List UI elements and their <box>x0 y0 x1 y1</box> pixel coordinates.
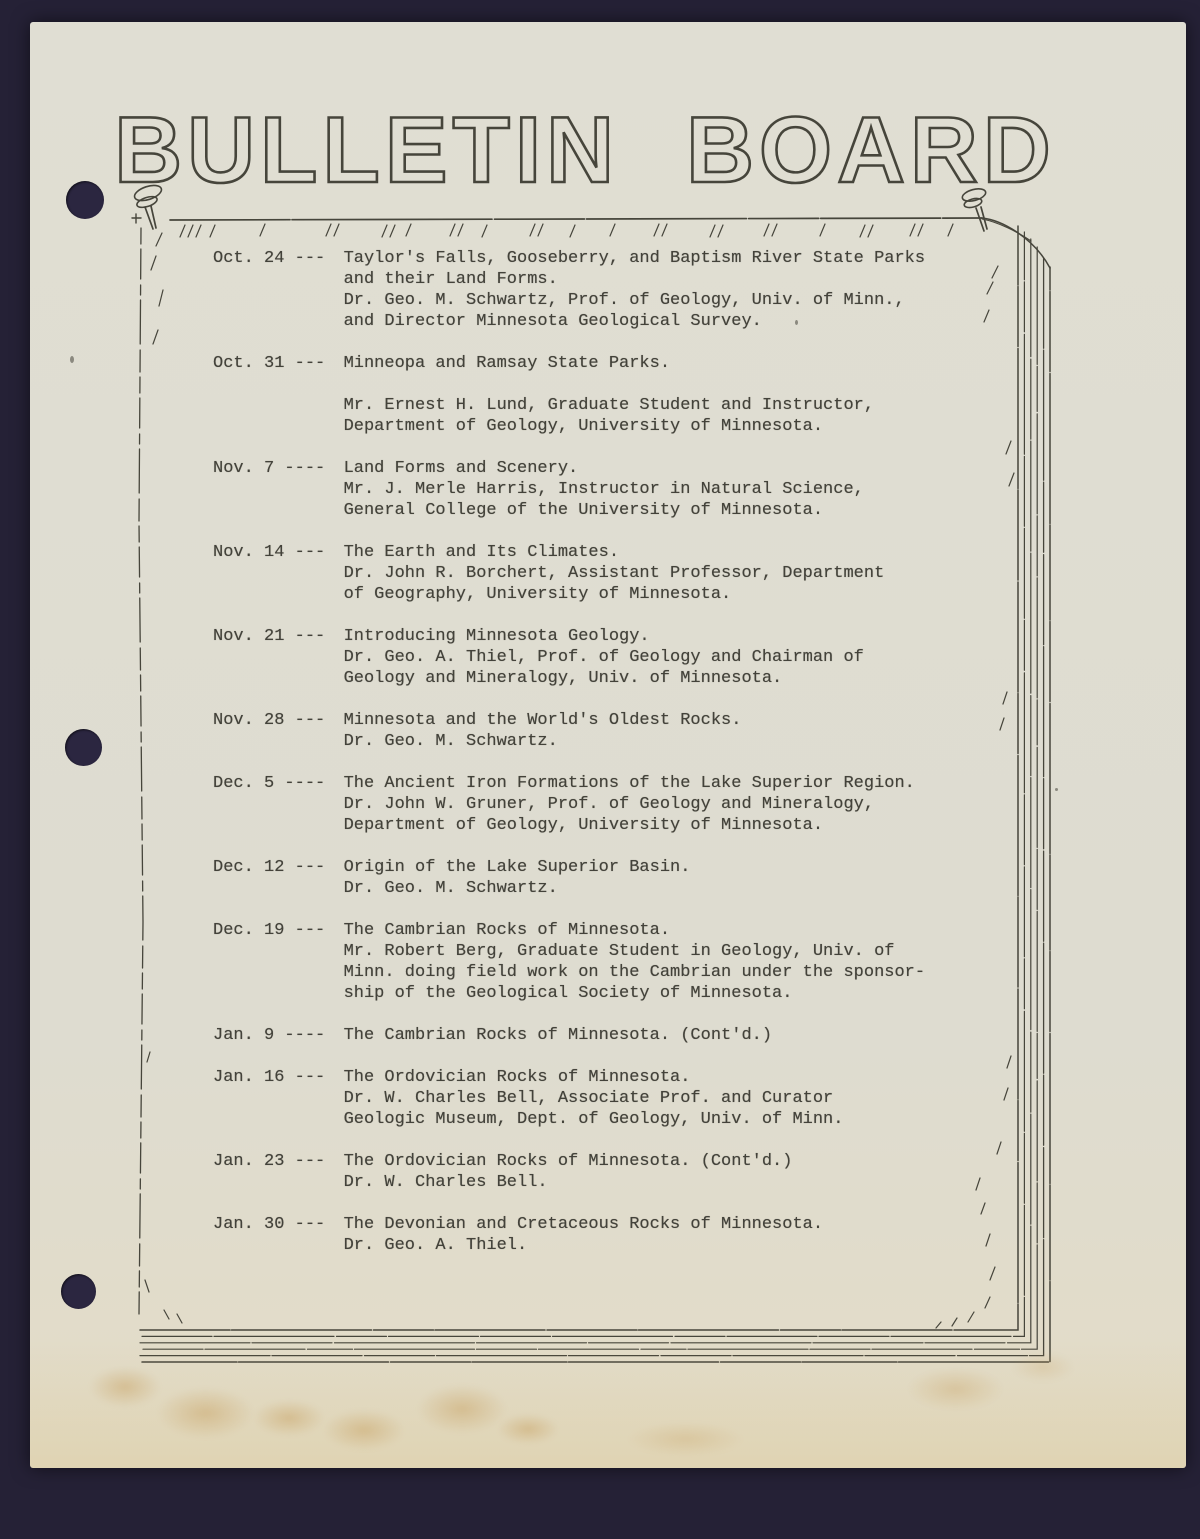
entry-text: Minnesota and the World's Oldest Rocks. … <box>344 710 742 752</box>
schedule-list: Oct. 24 --- Taylor's Falls, Gooseberry, … <box>213 248 973 1277</box>
entry-text: Minneopa and Ramsay State Parks. Mr. Ern… <box>344 353 875 437</box>
schedule-entry: Jan. 23 --- The Ordovician Rocks of Minn… <box>213 1151 973 1193</box>
entry-text: The Earth and Its Climates. Dr. John R. … <box>344 542 885 605</box>
scan-background: BULLETIN BOARD <box>0 0 1200 1539</box>
entry-date: Nov. 7 ---- <box>213 458 325 521</box>
entry-date: Nov. 14 --- <box>213 542 325 605</box>
entry-text: Land Forms and Scenery. Mr. J. Merle Har… <box>344 458 864 521</box>
stain <box>324 1410 404 1450</box>
entry-date: Oct. 31 --- <box>213 353 325 437</box>
stain <box>158 1388 253 1438</box>
stain <box>908 1368 1003 1410</box>
pushpin-right-icon <box>961 187 987 231</box>
entry-date: Jan. 30 --- <box>213 1214 325 1256</box>
entry-date: Dec. 5 ---- <box>213 773 325 836</box>
hatch-marks-left <box>145 233 182 1323</box>
schedule-entry: Jan. 9 ---- The Cambrian Rocks of Minnes… <box>213 1025 973 1046</box>
schedule-entry: Dec. 5 ---- The Ancient Iron Formations … <box>213 773 973 836</box>
entry-date: Dec. 12 --- <box>213 857 325 899</box>
schedule-entry: Nov. 28 --- Minnesota and the World's Ol… <box>213 710 973 752</box>
schedule-entry: Dec. 19 --- The Cambrian Rocks of Minnes… <box>213 920 973 1004</box>
schedule-entry: Jan. 30 --- The Devonian and Cretaceous … <box>213 1214 973 1256</box>
schedule-entry: Oct. 24 --- Taylor's Falls, Gooseberry, … <box>213 248 973 332</box>
frame-left-line <box>139 228 143 1314</box>
entry-text: Origin of the Lake Superior Basin. Dr. G… <box>344 857 691 899</box>
pushpin-left-icon <box>133 182 164 229</box>
stain <box>90 1367 160 1407</box>
entry-text: The Cambrian Rocks of Minnesota. Mr. Rob… <box>344 920 926 1004</box>
entry-date: Jan. 9 ---- <box>213 1025 325 1046</box>
stain <box>418 1385 506 1433</box>
paper: BULLETIN BOARD <box>30 22 1186 1468</box>
entry-text: The Devonian and Cretaceous Rocks of Min… <box>344 1214 823 1256</box>
stain <box>254 1400 324 1436</box>
entry-text: The Ordovician Rocks of Minnesota. (Cont… <box>344 1151 793 1193</box>
entry-text: The Cambrian Rocks of Minnesota. (Cont'd… <box>344 1025 772 1046</box>
entry-date: Nov. 21 --- <box>213 626 325 689</box>
stain <box>498 1414 558 1444</box>
speck <box>70 356 74 363</box>
frame-top-left-tick <box>132 214 141 223</box>
speck <box>795 320 798 325</box>
schedule-entry: Jan. 16 --- The Ordovician Rocks of Minn… <box>213 1067 973 1130</box>
entry-text: Taylor's Falls, Gooseberry, and Baptism … <box>344 248 926 332</box>
entry-text: Introducing Minnesota Geology. Dr. Geo. … <box>344 626 864 689</box>
schedule-entry: Dec. 12 --- Origin of the Lake Superior … <box>213 857 973 899</box>
entry-date: Dec. 19 --- <box>213 920 325 1004</box>
frame-top-line <box>170 218 982 220</box>
entry-date: Nov. 28 --- <box>213 710 325 752</box>
entry-date: Jan. 16 --- <box>213 1067 325 1130</box>
stain <box>628 1422 743 1456</box>
stain <box>1012 1352 1074 1382</box>
schedule-entry: Nov. 21 --- Introducing Minnesota Geolog… <box>213 626 973 689</box>
hatch-marks-top <box>180 224 953 237</box>
speck <box>1055 788 1058 791</box>
schedule-entry: Nov. 7 ---- Land Forms and Scenery. Mr. … <box>213 458 973 521</box>
entry-date: Jan. 23 --- <box>213 1151 325 1193</box>
schedule-entry: Oct. 31 --- Minneopa and Ramsay State Pa… <box>213 353 973 437</box>
entry-date: Oct. 24 --- <box>213 248 325 332</box>
entry-text: The Ordovician Rocks of Minnesota. Dr. W… <box>344 1067 844 1130</box>
entry-text: The Ancient Iron Formations of the Lake … <box>344 773 915 836</box>
schedule-entry: Nov. 14 --- The Earth and Its Climates. … <box>213 542 973 605</box>
